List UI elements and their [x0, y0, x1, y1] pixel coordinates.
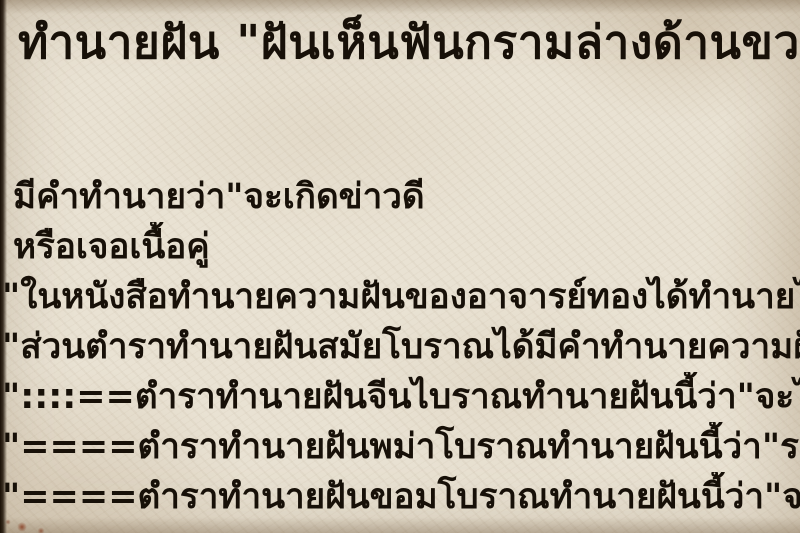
- text-line: "====ตำราทำนายฝันพม่าโบราณทำนายฝันนี้ว่า…: [0, 422, 800, 472]
- text-line: "ส่วนตำราทำนายฝันสมัยโบราณได้มีคำทำนายคว…: [0, 322, 800, 372]
- text-line: "====ตำราทำนายฝันขอมโบราณทำนายฝันนี้ว่า"…: [0, 472, 800, 522]
- page-title: ทำนายฝัน "ฝันเห็นฟันกรามล่างด้านขวาหลุ: [18, 12, 800, 72]
- text-line: "ในหนังสือทำนายความฝันของอาจารย์ทองได้ทำ…: [0, 272, 800, 322]
- text-line: มีคำทำนายว่า"จะเกิดข่าวดี: [0, 172, 800, 222]
- text-line: "::::==ตำราทำนายฝันจีนไบราณทำนายฝันนี้ว่…: [0, 372, 800, 422]
- text-line: หรือเจอเนื้อคู่: [0, 222, 800, 272]
- dream-interpretation-page: ทำนายฝัน "ฝันเห็นฟันกรามล่างด้านขวาหลุ ม…: [0, 0, 800, 533]
- interpretation-body: มีคำทำนายว่า"จะเกิดข่าวดี หรือเจอเนื้อคู…: [0, 172, 800, 533]
